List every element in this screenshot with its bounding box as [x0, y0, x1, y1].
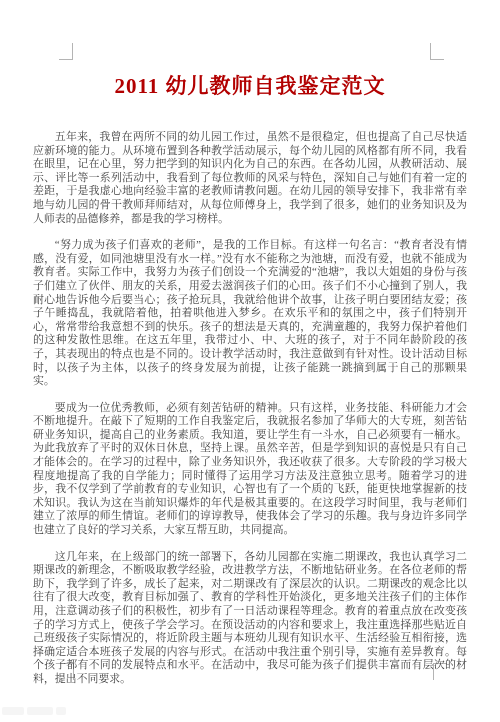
page-title: 2011 幼儿教师自我鉴定范文: [0, 70, 500, 100]
document-page: 2011 幼儿教师自我鉴定范文 五年来，我曾在两所不同的幼儿园工作过，虽然不是很…: [0, 0, 500, 722]
paragraph: 五年来，我曾在两所不同的幼儿园工作过，虽然不是很稳定，但也提高了自己尽快适应新环…: [33, 131, 467, 226]
faint-watermark: [2, 705, 66, 716]
text-boundary-mark-top-right: [430, 43, 444, 60]
document-body: 五年来，我曾在两所不同的幼儿园工作过，虽然不是很稳定，但也提高了自己尽快适应新环…: [33, 131, 467, 700]
paragraph: 这几年来，在上级部门的统一部署下，各幼儿园都在实施二期课改，我也认真学习二期课改…: [33, 551, 467, 687]
text-boundary-mark-top-left: [59, 43, 73, 60]
paragraph: “努力成为孩子们喜欢的老师”，是我的工作目标。有这样一句名言：“教育者没有情感，…: [33, 239, 467, 389]
paragraph: 要成为一位优秀教师，必须有刻苦钻研的精神。只有这样，业务技能、科研能力才会不断地…: [33, 402, 467, 538]
